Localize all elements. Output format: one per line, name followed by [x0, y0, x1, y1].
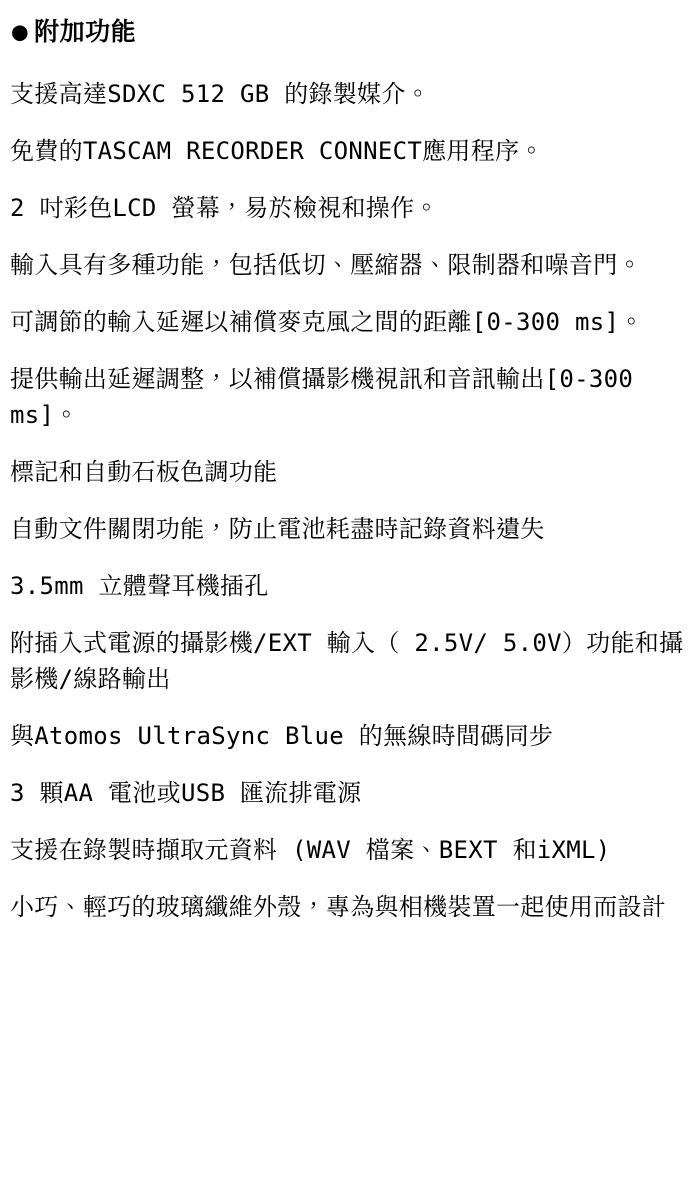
section-header: ● 附加功能 — [12, 16, 694, 48]
feature-item: 提供輸出延遲調整，以補償攝影機視訊和音訊輸出[0-300 ms]。 — [10, 361, 694, 433]
feature-item: 支援在錄製時擷取元資料 (WAV 檔案、BEXT 和iXML) — [10, 832, 694, 868]
feature-item: 與Atomos UltraSync Blue 的無線時間碼同步 — [10, 718, 694, 754]
feature-item: 支援高達SDXC 512 GB 的錄製媒介。 — [10, 76, 694, 112]
feature-item: 自動文件關閉功能，防止電池耗盡時記錄資料遺失 — [10, 511, 694, 547]
document-page: ● 附加功能 支援高達SDXC 512 GB 的錄製媒介。 免費的TASCAM … — [0, 0, 700, 1200]
feature-item: 3 顆AA 電池或USB 匯流排電源 — [10, 775, 694, 811]
feature-item: 3.5mm 立體聲耳機插孔 — [10, 568, 694, 604]
feature-item: 輸入具有多種功能，包括低切、壓縮器、限制器和噪音門。 — [10, 247, 694, 283]
feature-item: 小巧、輕巧的玻璃纖維外殼，專為與相機裝置一起使用而設計 — [10, 889, 694, 925]
feature-item: 附插入式電源的攝影機/EXT 輸入（ 2.5V/ 5.0V）功能和攝影機/線路輸… — [10, 625, 694, 697]
feature-item: 2 吋彩色LCD 螢幕，易於檢視和操作。 — [10, 190, 694, 226]
feature-item: 可調節的輸入延遲以補償麥克風之間的距離[0-300 ms]。 — [10, 304, 694, 340]
feature-item: 標記和自動石板色調功能 — [10, 454, 694, 490]
bullet-icon: ● — [12, 16, 28, 48]
feature-item: 免費的TASCAM RECORDER CONNECT應用程序。 — [10, 133, 694, 169]
section-title: 附加功能 — [34, 16, 136, 48]
